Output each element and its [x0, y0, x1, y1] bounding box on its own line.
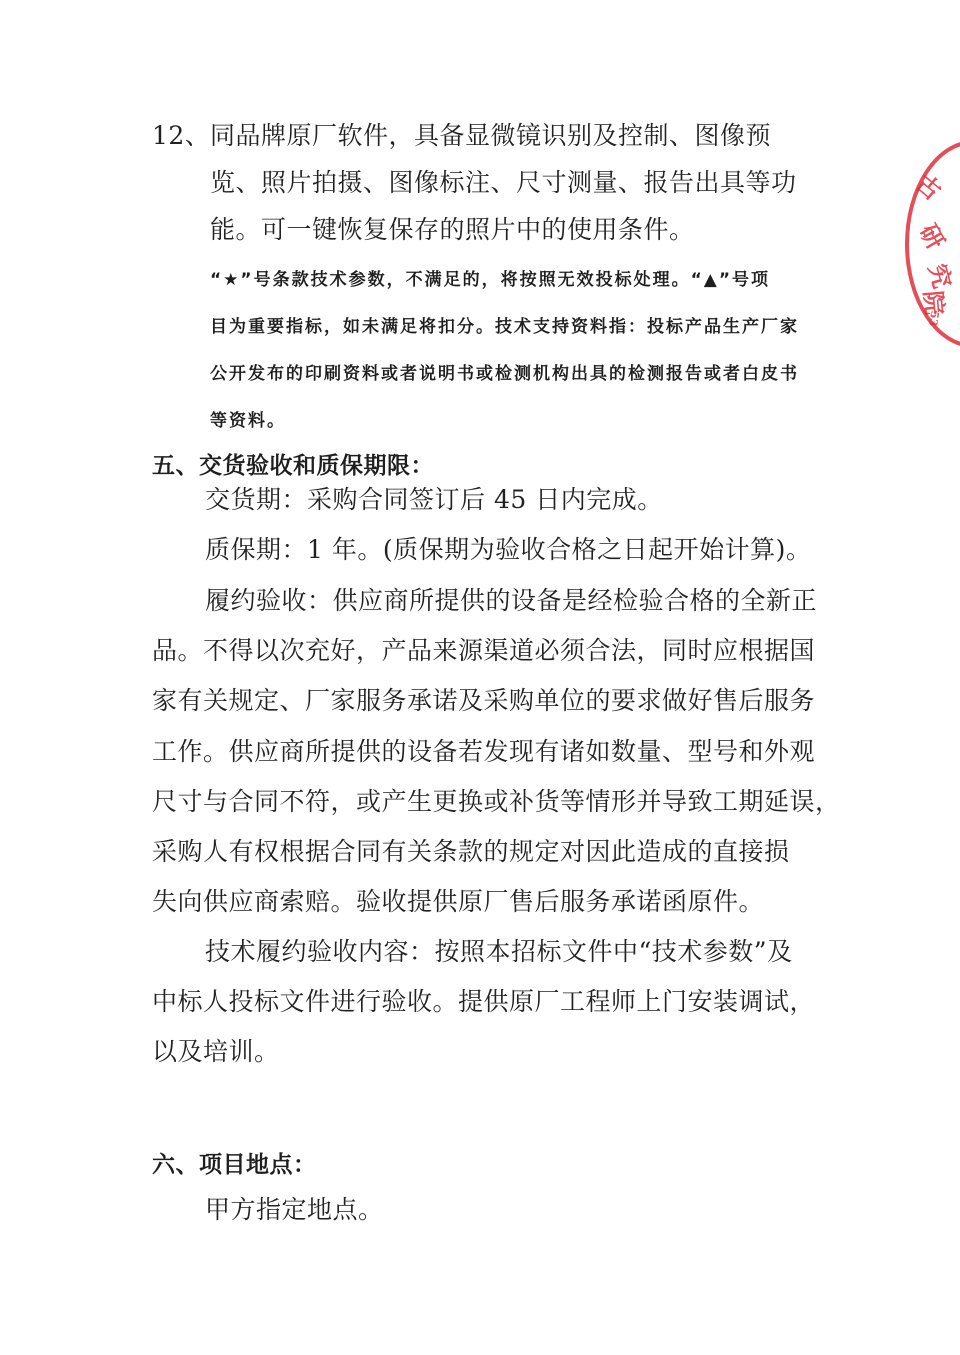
acceptance-line-1: 履约验收：供应商所提供的设备是经检验合格的全新正: [205, 586, 817, 616]
note-line-2: 目为重要指标，如未满足将扣分。技术支持资料指：投标产品生产厂家: [210, 312, 799, 342]
section-5-heading: 五、交货验收和质保期限：: [152, 451, 434, 481]
tech-acceptance-line-2: 中标人投标文件进行验收。提供原厂工程师上门安装调试，: [152, 987, 815, 1017]
note-line-1: “★”号条款技术参数，不满足的，将按照无效投标处理。“▲”号项: [210, 265, 770, 295]
acceptance-line-2: 品。不得以次充好，产品来源渠道必须合法，同时应根据国: [152, 636, 815, 666]
item-12-number: 12、: [152, 121, 210, 151]
note-line-3: 公开发布的印刷资料或者说明书或检测机构出具的检测报告或者白皮书: [210, 359, 799, 389]
tech-acceptance-line-1: 技术履约验收内容：按照本招标文件中“技术参数”及: [205, 937, 793, 967]
section-6-heading: 六、项目地点：: [152, 1150, 317, 1180]
project-location: 甲方指定地点。: [205, 1195, 384, 1225]
acceptance-line-7: 失向供应商索赔。验收提供原厂售后服务承诺函原件。: [152, 887, 764, 917]
note-line-4: 等资料。: [210, 406, 286, 436]
item-12-line-3: 能。可一键恢复保存的照片中的使用条件。: [210, 215, 695, 245]
tech-acceptance-line-3: 以及培训。: [152, 1037, 280, 1067]
acceptance-line-3: 家有关规定、厂家服务承诺及采购单位的要求做好售后服务: [152, 686, 815, 716]
seal-digits: 53: [926, 310, 941, 327]
acceptance-line-4: 工作。供应商所提供的设备若发现有诸如数量、型号和外观: [152, 737, 815, 767]
item-12-line-2: 览、照片拍摄、图像标注、尺寸测量、报告出具等功: [210, 168, 797, 198]
acceptance-line-6: 采购人有权根据合同有关条款的规定对因此造成的直接损: [152, 837, 790, 867]
delivery-period: 交货期：采购合同签订后 45 日内完成。: [205, 485, 663, 515]
warranty-period: 质保期：1 年。(质保期为验收合格之日起开始计算)。: [205, 535, 811, 565]
item-12-line-1: 同品牌原厂软件，具备显微镜识别及控制、图像预: [210, 121, 771, 151]
acceptance-line-5: 尺寸与合同不符，或产生更换或补货等情形并导致工期延误，: [152, 787, 841, 817]
